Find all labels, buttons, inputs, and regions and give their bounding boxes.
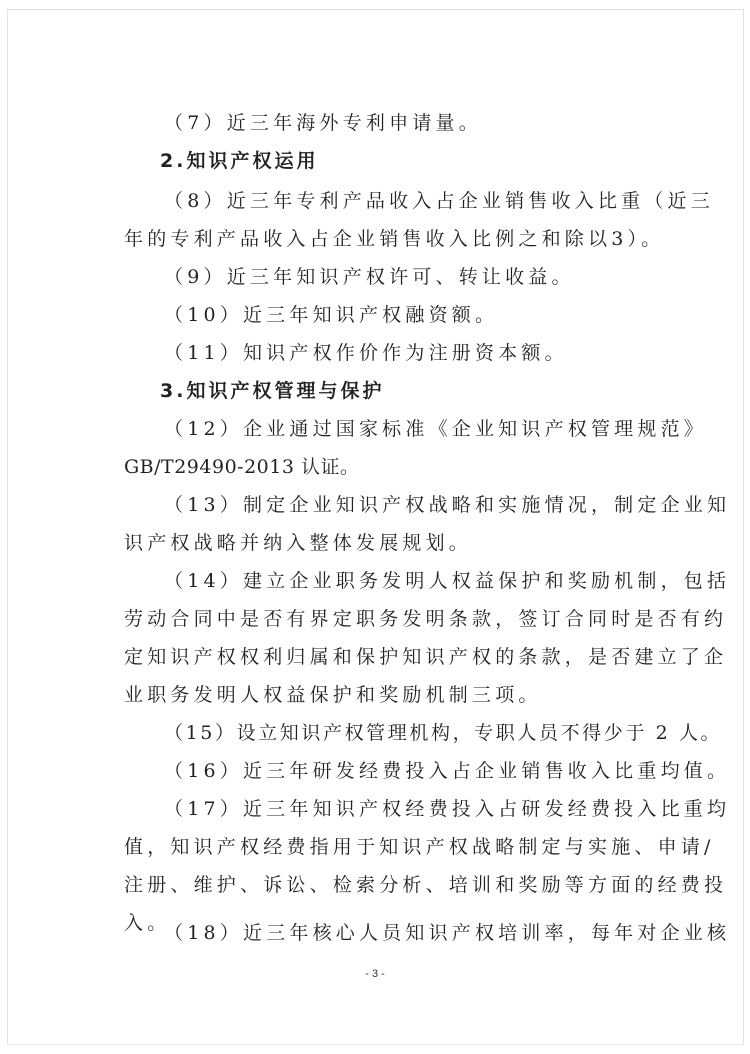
- list-item-16: （16）近三年研发经费投入占企业销售收入比重均值。: [164, 756, 730, 783]
- list-item-9: （9）近三年知识产权许可、转让收益。: [164, 262, 575, 289]
- page-number: - 3 -: [0, 968, 750, 980]
- list-item-14-cont-3: 业职务发明人权益保护和奖励机制三项。: [124, 680, 542, 707]
- section-heading-ip-management: 3.知识产权管理与保护: [160, 376, 384, 403]
- list-item-12: （12）企业通过国家标准《企业知识产权管理规范》: [164, 414, 707, 441]
- list-item-10: （10）近三年知识产权融资额。: [164, 300, 498, 327]
- list-item-7: （7）近三年海外专利申请量。: [164, 108, 482, 135]
- list-item-11: （11）知识产权作价作为注册资本额。: [164, 338, 568, 365]
- list-item-14-cont-2: 定知识产权权利归属和保护知识产权的条款，是否建立了企: [124, 642, 727, 669]
- list-item-14-cont-1: 劳动合同中是否有界定职务发明条款，签订合同时是否有约: [124, 604, 727, 631]
- list-item-8: （8）近三年专利产品收入占企业销售收入比重（近三: [164, 186, 714, 213]
- list-item-14: （14）建立企业职务发明人权益保护和奖励机制，包括: [164, 566, 730, 593]
- list-item-15: （15）设立知识产权管理机构，专职人员不得少于 2 人。: [164, 718, 722, 745]
- list-item-12-cont: GB/T29490-2013 认证。: [124, 452, 359, 479]
- list-item-8-cont: 年的专利产品收入占企业销售收入比例之和除以3）。: [124, 224, 664, 251]
- list-item-17: （17）近三年知识产权经费投入占研发经费投入比重均: [164, 794, 730, 821]
- list-item-18: （18）近三年核心人员知识产权培训率，每年对企业核: [164, 918, 730, 945]
- list-item-13-cont: 识产权战略并纳入整体发展规划。: [124, 528, 472, 555]
- list-item-17-cont-1: 值，知识产权经费指用于知识产权战略制定与实施、申请/: [124, 832, 715, 859]
- list-item-13: （13）制定企业知识产权战略和实施情况，制定企业知: [164, 490, 730, 517]
- section-heading-ip-utilization: 2.知识产权运用: [160, 146, 318, 173]
- list-item-17-cont-2: 注册、维护、诉讼、检索分析、培训和奖励等方面的经费投: [124, 870, 727, 897]
